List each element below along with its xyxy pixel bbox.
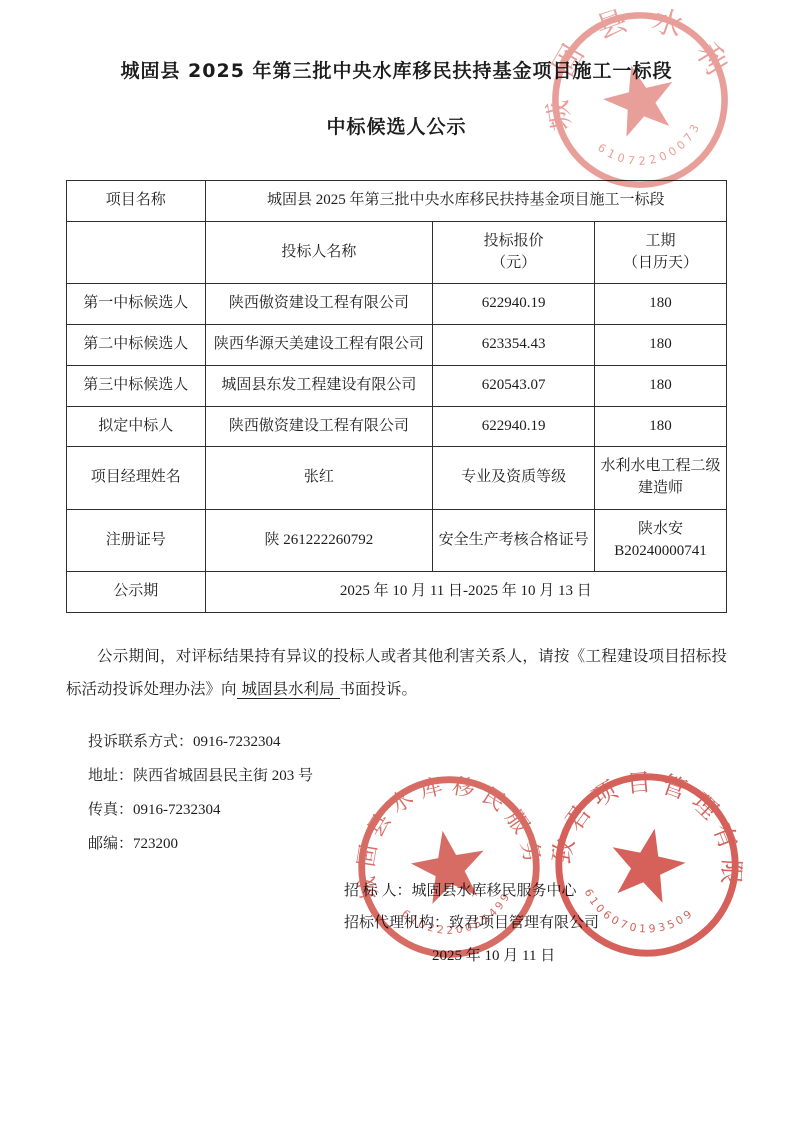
table-row-project-name: 项目名称 城固县 2025 年第三批中央水库移民扶持基金项目施工一标段	[67, 181, 727, 222]
safety-cert-label: 安全生产考核合格证号	[433, 509, 595, 572]
header-empty-cell	[67, 221, 206, 284]
table-row-manager: 项目经理姓名 张红 专业及资质等级 水利水电工程二级建造师	[67, 447, 727, 510]
header-price-line2: （元）	[437, 253, 590, 275]
candidate-1-duration: 180	[594, 284, 726, 325]
manager-qual-label: 专业及资质等级	[433, 447, 595, 510]
candidate-3-duration: 180	[594, 365, 726, 406]
candidate-2-duration: 180	[594, 325, 726, 366]
manager-qual-value: 水利水电工程二级建造师	[594, 447, 726, 510]
table-row-publicity-period: 公示期 2025 年 10 月 11 日-2025 年 10 月 13 日	[67, 572, 727, 613]
manager-label: 项目经理姓名	[67, 447, 206, 510]
candidate-2-price: 623354.43	[433, 325, 595, 366]
project-name-label: 项目名称	[67, 181, 206, 222]
contact-fax: 传真：0916-7232304	[88, 800, 727, 821]
candidate-1-bidder: 陕西傲资建设工程有限公司	[205, 284, 433, 325]
proposed-winner-duration: 180	[594, 406, 726, 447]
complaint-notice-paragraph: 公示期间，对评标结果持有异议的投标人或者其他利害关系人，请按《工程建设项目招标投…	[66, 640, 727, 707]
document-content: 城固县 2025 年第三批中央水库移民扶持基金项目施工一标段 中标候选人公示 项…	[0, 0, 793, 968]
table-row-proposed-winner: 拟定中标人 陕西傲资建设工程有限公司 622940.19 180	[67, 406, 727, 447]
publicity-period-label: 公示期	[67, 572, 206, 613]
bid-results-table: 项目名称 城固县 2025 年第三批中央水库移民扶持基金项目施工一标段 投标人名…	[66, 180, 727, 613]
title-line-2: 中标候选人公示	[66, 112, 727, 139]
header-duration: 工期 （日历天）	[594, 221, 726, 284]
header-bidder: 投标人名称	[205, 221, 433, 284]
document-title: 城固县 2025 年第三批中央水库移民扶持基金项目施工一标段 中标候选人公示	[66, 56, 727, 139]
table-row-candidate-3: 第三中标候选人 城固县东发工程建设有限公司 620543.07 180	[67, 365, 727, 406]
complaint-authority: 城固县水利局	[237, 681, 340, 699]
registration-value: 陕 261222260792	[205, 509, 433, 572]
candidate-3-label: 第三中标候选人	[67, 365, 206, 406]
contact-phone: 投诉联系方式：0916-7232304	[88, 732, 727, 753]
proposed-winner-bidder: 陕西傲资建设工程有限公司	[205, 406, 433, 447]
document-page: 城固县 2025 年第三批中央水库移民扶持基金项目施工一标段 中标候选人公示 项…	[0, 0, 793, 1122]
tenderer-line: 招 标 人：城固县水库移民服务中心	[344, 881, 727, 903]
safety-cert-value-line2: B20240000741	[599, 541, 722, 563]
safety-cert-value-line1: 陕水安	[599, 519, 722, 541]
candidate-3-price: 620543.07	[433, 365, 595, 406]
contact-block: 投诉联系方式：0916-7232304 地址：陕西省城固县民主街 203 号 传…	[88, 732, 727, 855]
manager-name: 张红	[205, 447, 433, 510]
signature-block: 招 标 人：城固县水库移民服务中心 招标代理机构：致君项目管理有限公司 2025…	[344, 881, 727, 968]
registration-label: 注册证号	[67, 509, 206, 572]
header-price-line1: 投标报价	[437, 231, 590, 253]
header-price: 投标报价 （元）	[433, 221, 595, 284]
notice-text-part2: 书面投诉。	[340, 681, 418, 698]
proposed-winner-label: 拟定中标人	[67, 406, 206, 447]
agency-line: 招标代理机构：致君项目管理有限公司	[344, 913, 727, 935]
candidate-1-label: 第一中标候选人	[67, 284, 206, 325]
title-line-1: 城固县 2025 年第三批中央水库移民扶持基金项目施工一标段	[66, 56, 727, 83]
table-row-candidate-1: 第一中标候选人 陕西傲资建设工程有限公司 622940.19 180	[67, 284, 727, 325]
signature-date: 2025 年 10 月 11 日	[344, 946, 727, 968]
project-name-value: 城固县 2025 年第三批中央水库移民扶持基金项目施工一标段	[205, 181, 726, 222]
contact-zip: 邮编：723200	[88, 834, 727, 855]
candidate-1-price: 622940.19	[433, 284, 595, 325]
candidate-2-label: 第二中标候选人	[67, 325, 206, 366]
table-row-registration: 注册证号 陕 261222260792 安全生产考核合格证号 陕水安 B2024…	[67, 509, 727, 572]
table-row-header: 投标人名称 投标报价 （元） 工期 （日历天）	[67, 221, 727, 284]
candidate-3-bidder: 城固县东发工程建设有限公司	[205, 365, 433, 406]
table-row-candidate-2: 第二中标候选人 陕西华源天美建设工程有限公司 623354.43 180	[67, 325, 727, 366]
header-duration-line1: 工期	[599, 231, 722, 253]
header-duration-line2: （日历天）	[599, 253, 722, 275]
proposed-winner-price: 622940.19	[433, 406, 595, 447]
candidate-2-bidder: 陕西华源天美建设工程有限公司	[205, 325, 433, 366]
publicity-period-value: 2025 年 10 月 11 日-2025 年 10 月 13 日	[205, 572, 726, 613]
contact-address: 地址：陕西省城固县民主街 203 号	[88, 766, 727, 787]
safety-cert-value: 陕水安 B20240000741	[594, 509, 726, 572]
